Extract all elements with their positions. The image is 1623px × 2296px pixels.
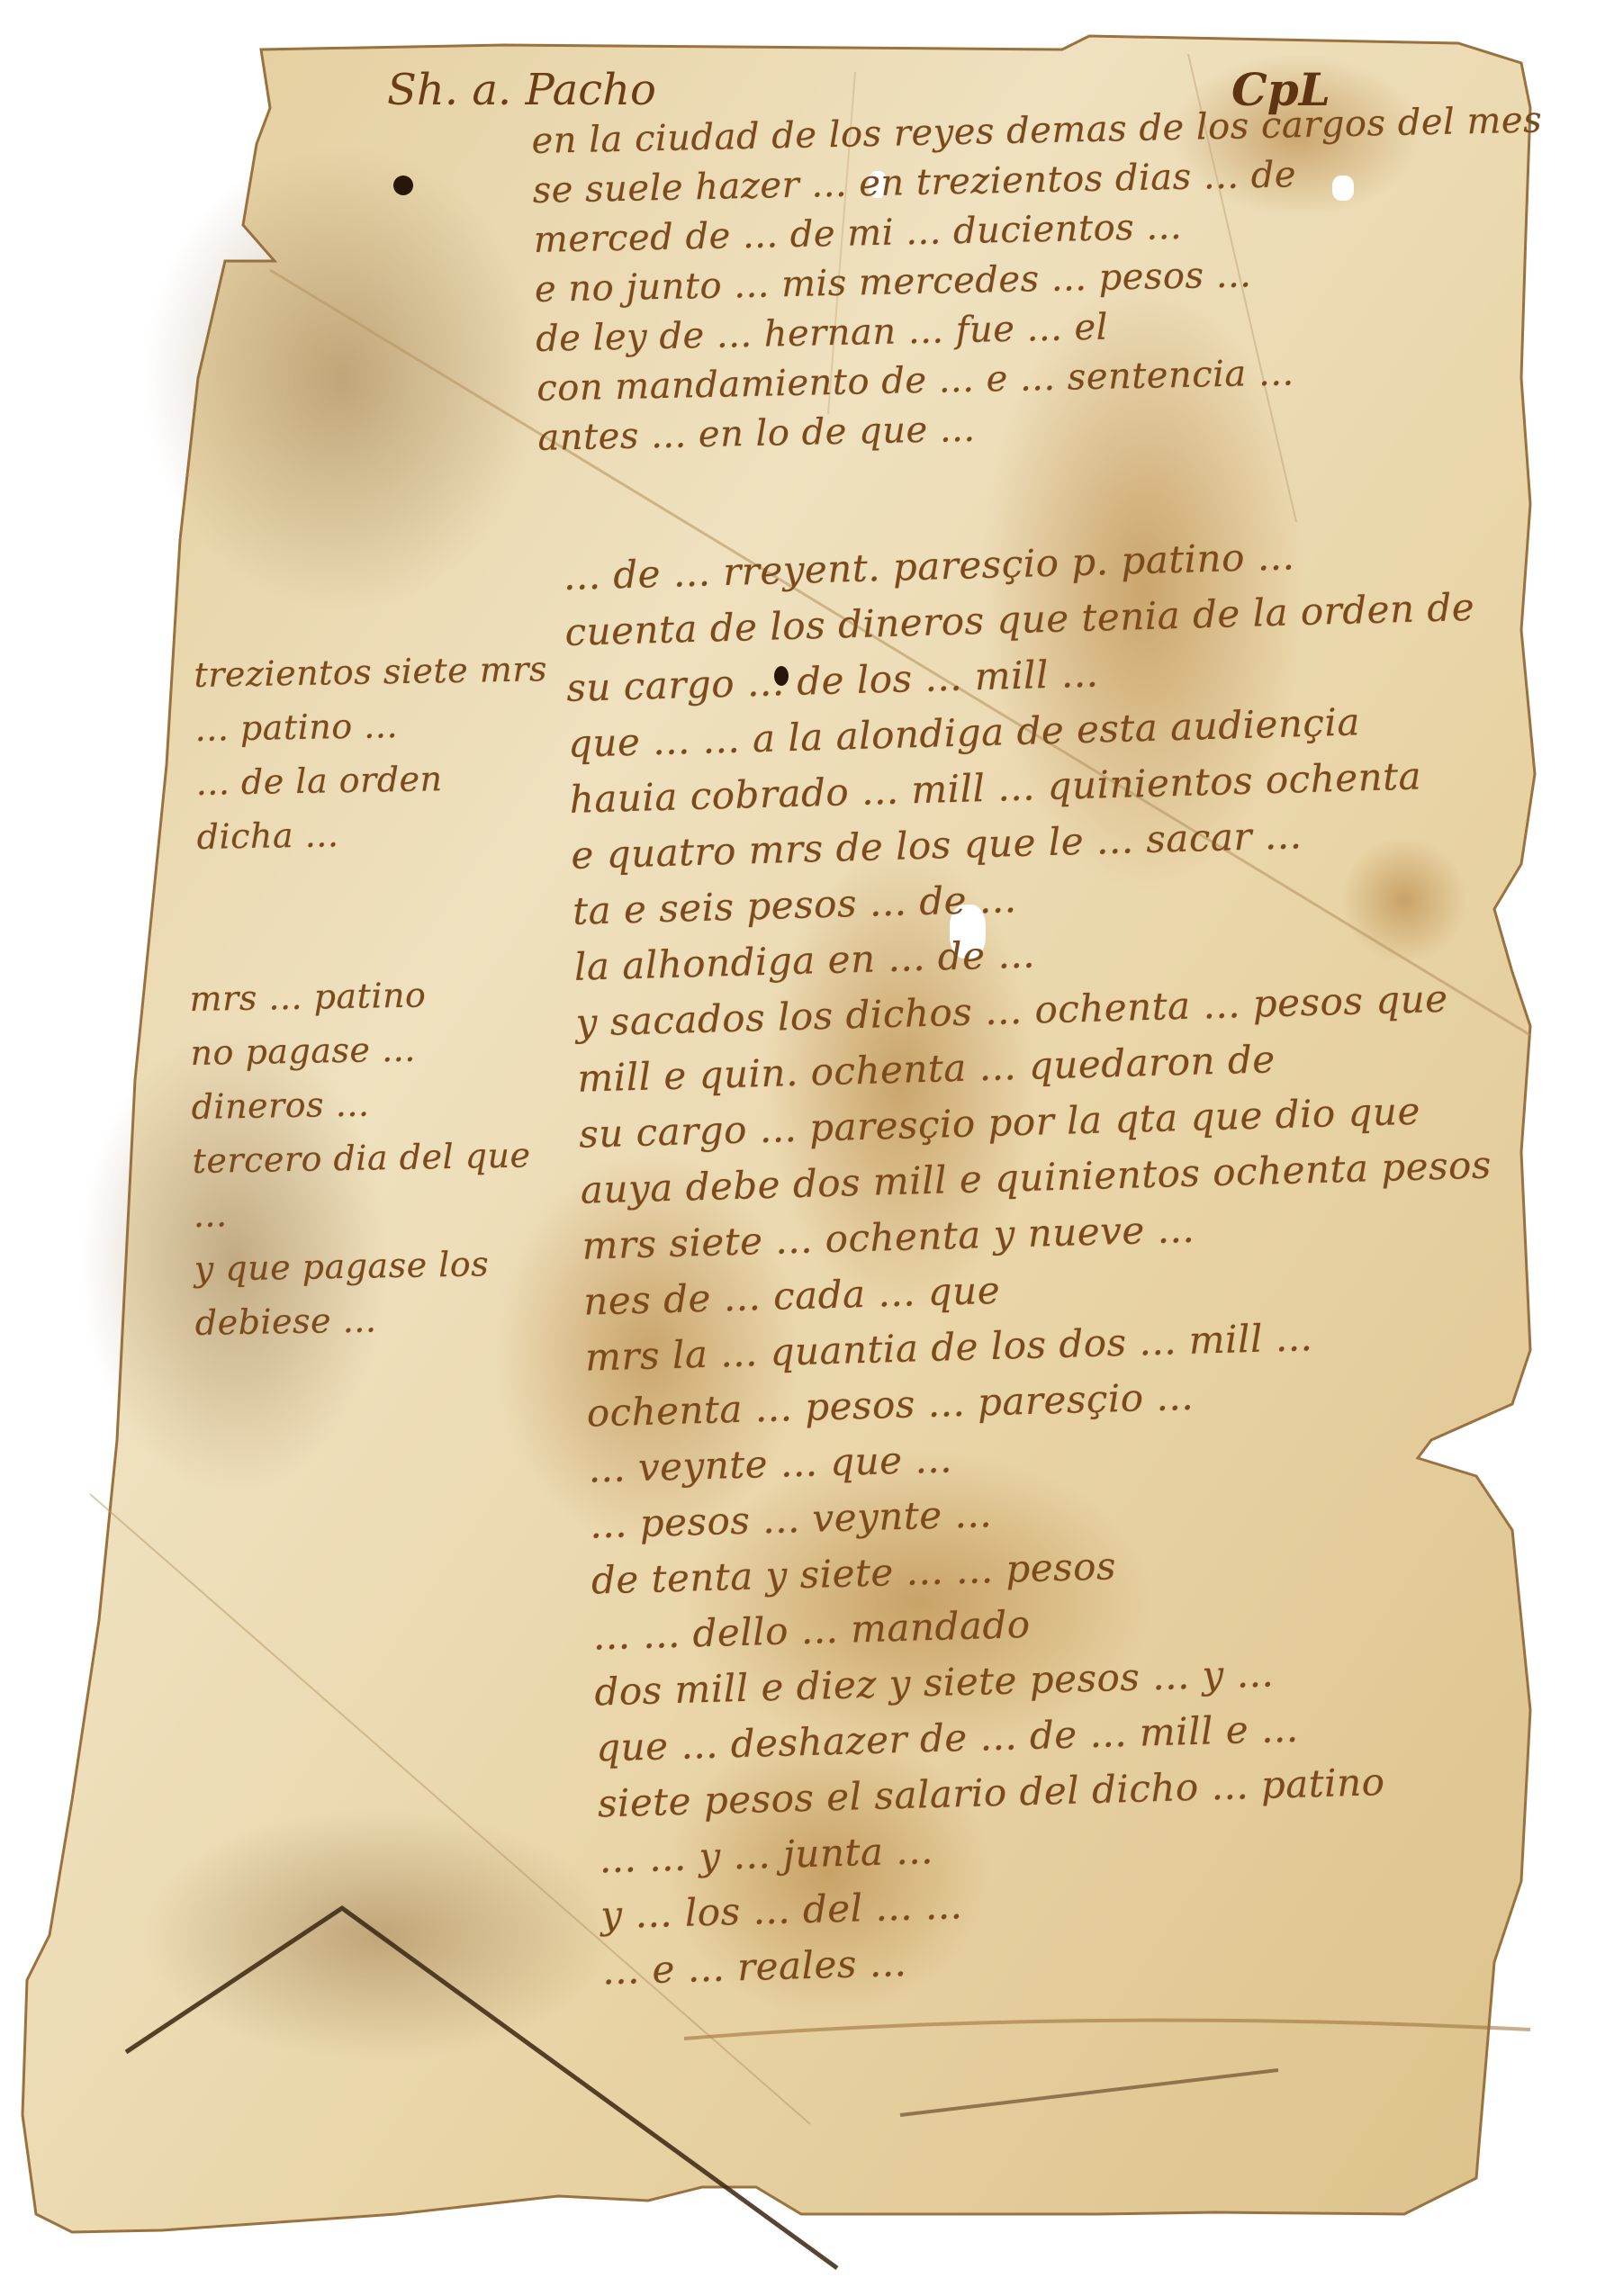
manuscript-page: CpL Sh. a. Pacho en la ciudad de los rey… <box>0 0 1623 2296</box>
margin-line: no pagase ... <box>190 1020 529 1080</box>
margin-note-a: trezientos siete mrs ... patino ... ... … <box>194 642 551 864</box>
top-paragraph: en la ciudad de los reyes demas de los c… <box>531 95 1549 463</box>
margin-line: y que pagase los <box>194 1236 533 1296</box>
margin-line: ... de la orden <box>195 750 549 810</box>
margin-line: debiese ... <box>194 1290 534 1350</box>
margin-line: dicha ... <box>196 804 550 864</box>
margin-line: tercero dia del que <box>192 1128 531 1188</box>
main-text: ... de ... rreyent. paresçio p. patino .… <box>563 524 1514 2000</box>
ink-blot <box>393 176 413 195</box>
margin-line: ... patino ... <box>194 696 548 756</box>
margin-line: ... <box>193 1182 532 1242</box>
header-note: Sh. a. Pacho <box>387 65 656 115</box>
margin-line: dineros ... <box>191 1074 530 1134</box>
margin-line: mrs ... patino <box>189 966 528 1026</box>
margin-line: trezientos siete mrs <box>194 642 547 702</box>
margin-note-b: mrs ... patino no pagase ... dineros ...… <box>189 966 534 1349</box>
